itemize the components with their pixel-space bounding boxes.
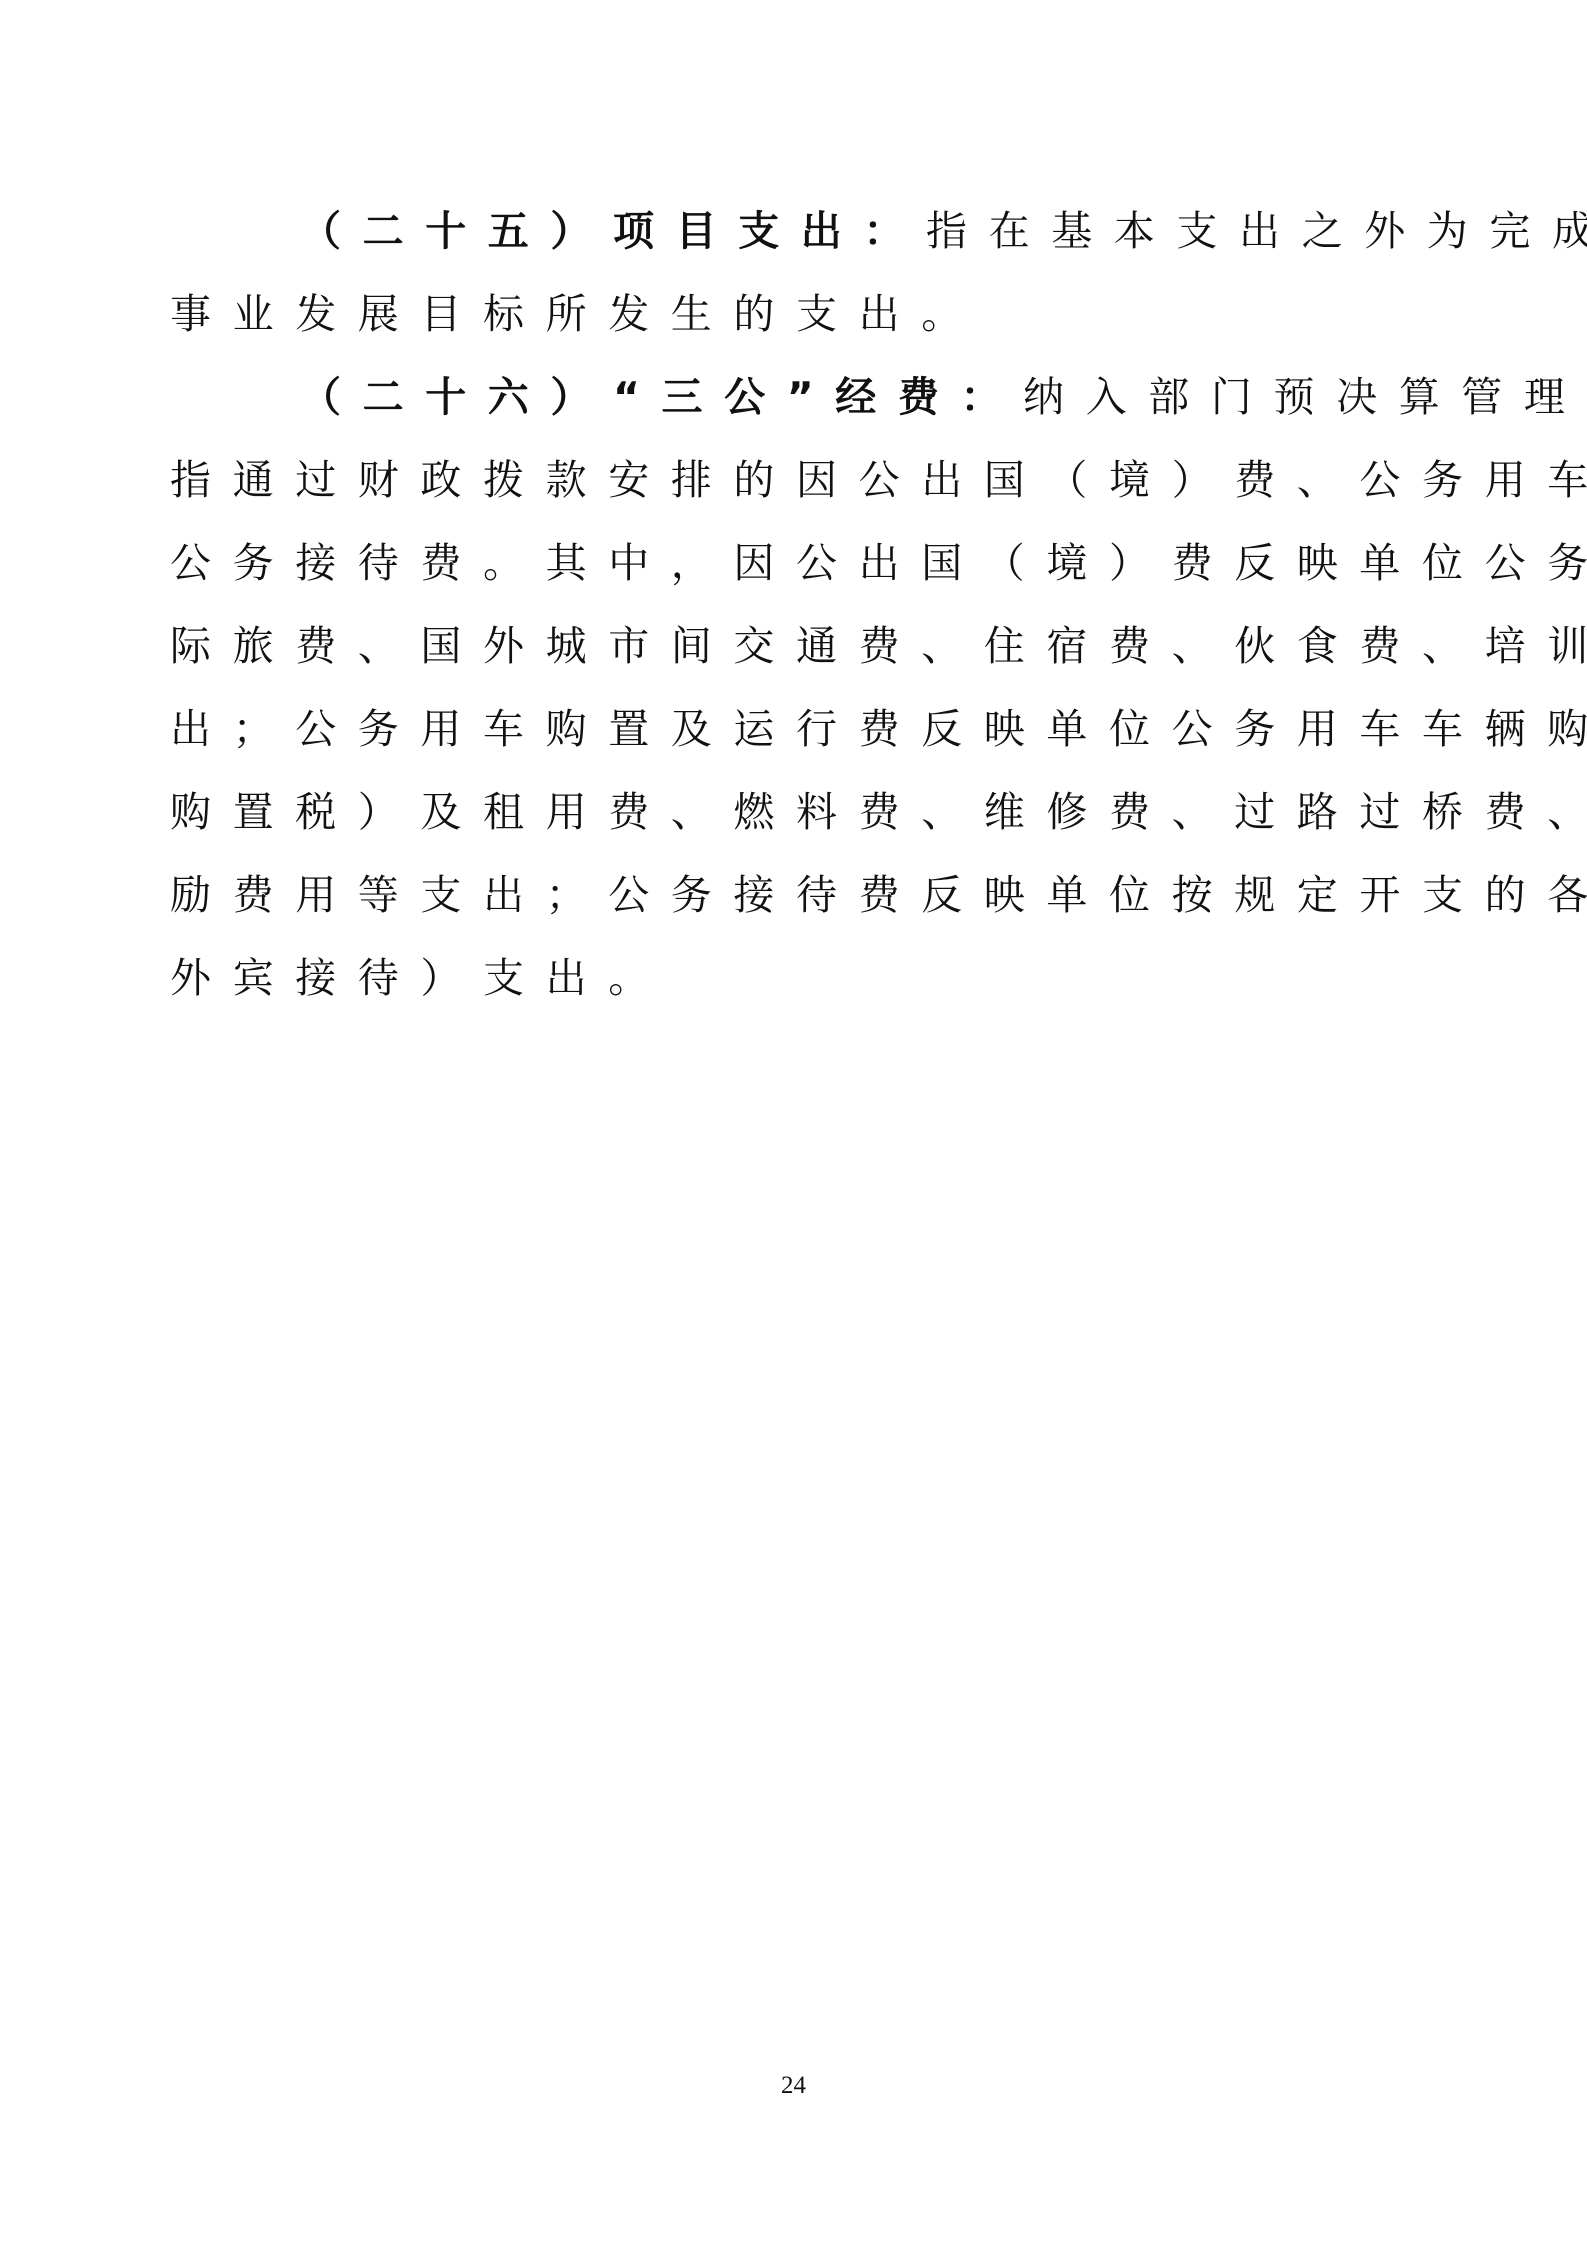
paragraph-line: （二十五）项目支出：指在基本支出之外为完成特定行政任务和 [170, 190, 1438, 273]
paragraph-line: 购置税）及租用费、燃料费、维修费、过路过桥费、保险费、安全奖 [170, 771, 1438, 854]
paragraph-line: 励费用等支出；公务接待费反映单位按规定开支的各类公务接待（含 [170, 854, 1438, 937]
paragraph-line: 际旅费、国外城市间交通费、住宿费、伙食费、培训费、公杂费等支 [170, 605, 1438, 688]
paragraph-line: （二十六）“三公”经费：纳入部门预决算管理的“三公”经费，是 [170, 356, 1438, 439]
paragraph-text: 指在基本支出之外为完成特定行政任务和 [926, 207, 1587, 255]
paragraph-line: 公务接待费。其中，因公出国（境）费反映单位公务出国（境）的国 [170, 522, 1438, 605]
section-heading-26: （二十六）“三公”经费： [300, 373, 1023, 421]
paragraph-line: 指通过财政拨款安排的因公出国（境）费、公务用车购置及运行费和 [170, 439, 1438, 522]
paragraph-text: 纳入部门预决算管理的“三公”经费，是 [1023, 373, 1587, 421]
paragraph-project-expenditure: （二十五）项目支出：指在基本支出之外为完成特定行政任务和 事业发展目标所发生的支… [170, 190, 1438, 356]
page-number: 24 [0, 2072, 1587, 2100]
paragraph-line: 外宾接待）支出。 [170, 937, 1438, 1020]
section-heading-25: （二十五）项目支出： [300, 207, 926, 255]
paragraph-line: 事业发展目标所发生的支出。 [170, 273, 1438, 356]
document-body: （二十五）项目支出：指在基本支出之外为完成特定行政任务和 事业发展目标所发生的支… [170, 190, 1438, 1020]
document-page: （二十五）项目支出：指在基本支出之外为完成特定行政任务和 事业发展目标所发生的支… [0, 0, 1587, 2245]
paragraph-line: 出；公务用车购置及运行费反映单位公务用车车辆购置支出（含车辆 [170, 688, 1438, 771]
paragraph-three-public-expenses: （二十六）“三公”经费：纳入部门预决算管理的“三公”经费，是 指通过财政拨款安排… [170, 356, 1438, 1020]
